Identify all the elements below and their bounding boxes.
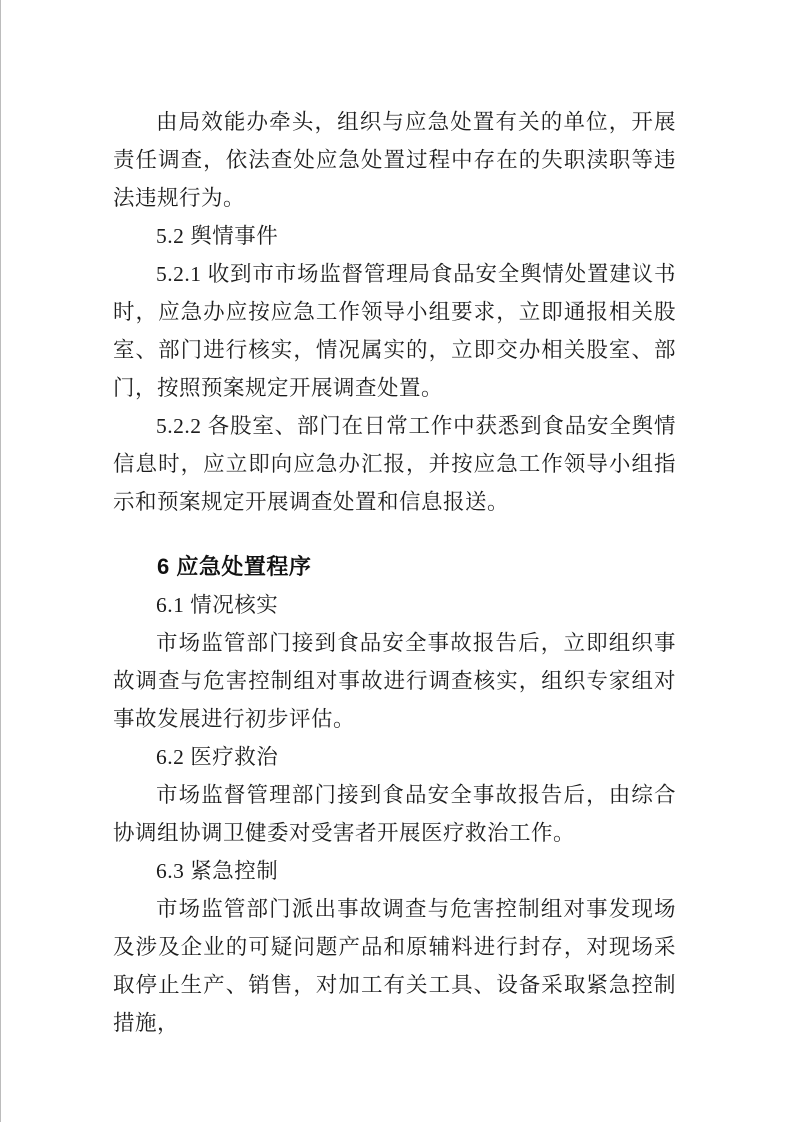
- paragraph-6-3: 市场监管部门派出事故调查与危害控制组对事发现场及涉及企业的可疑问题产品和原辅料进…: [113, 890, 676, 1042]
- heading-6-emergency-response-procedures: 6 应急处置程序: [113, 548, 676, 586]
- heading-6-2-medical-treatment: 6.2 医疗救治: [113, 738, 676, 776]
- paragraph-responsibility-investigation: 由局效能办牵头，组织与应急处置有关的单位，开展责任调查，依法查处应急处置过程中存…: [113, 103, 676, 217]
- paragraph-5-2-2: 5.2.2 各股室、部门在日常工作中获悉到食品安全舆情信息时，应立即向应急办汇报…: [113, 407, 676, 521]
- heading-6-1-situation-verification: 6.1 情况核实: [113, 586, 676, 624]
- heading-5-2-public-opinion-events: 5.2 舆情事件: [113, 217, 676, 255]
- document-page: 由局效能办牵头，组织与应急处置有关的单位，开展责任调查，依法查处应急处置过程中存…: [0, 0, 793, 1122]
- paragraph-6-1: 市场监管部门接到食品安全事故报告后，立即组织事故调查与危害控制组对事故进行调查核…: [113, 624, 676, 738]
- paragraph-5-2-1: 5.2.1 收到市市场监督管理局食品安全舆情处置建议书时，应急办应按应急工作领导…: [113, 255, 676, 407]
- heading-6-3-emergency-control: 6.3 紧急控制: [113, 852, 676, 890]
- paragraph-6-2: 市场监督管理部门接到食品安全事故报告后，由综合协调组协调卫健委对受害者开展医疗救…: [113, 776, 676, 852]
